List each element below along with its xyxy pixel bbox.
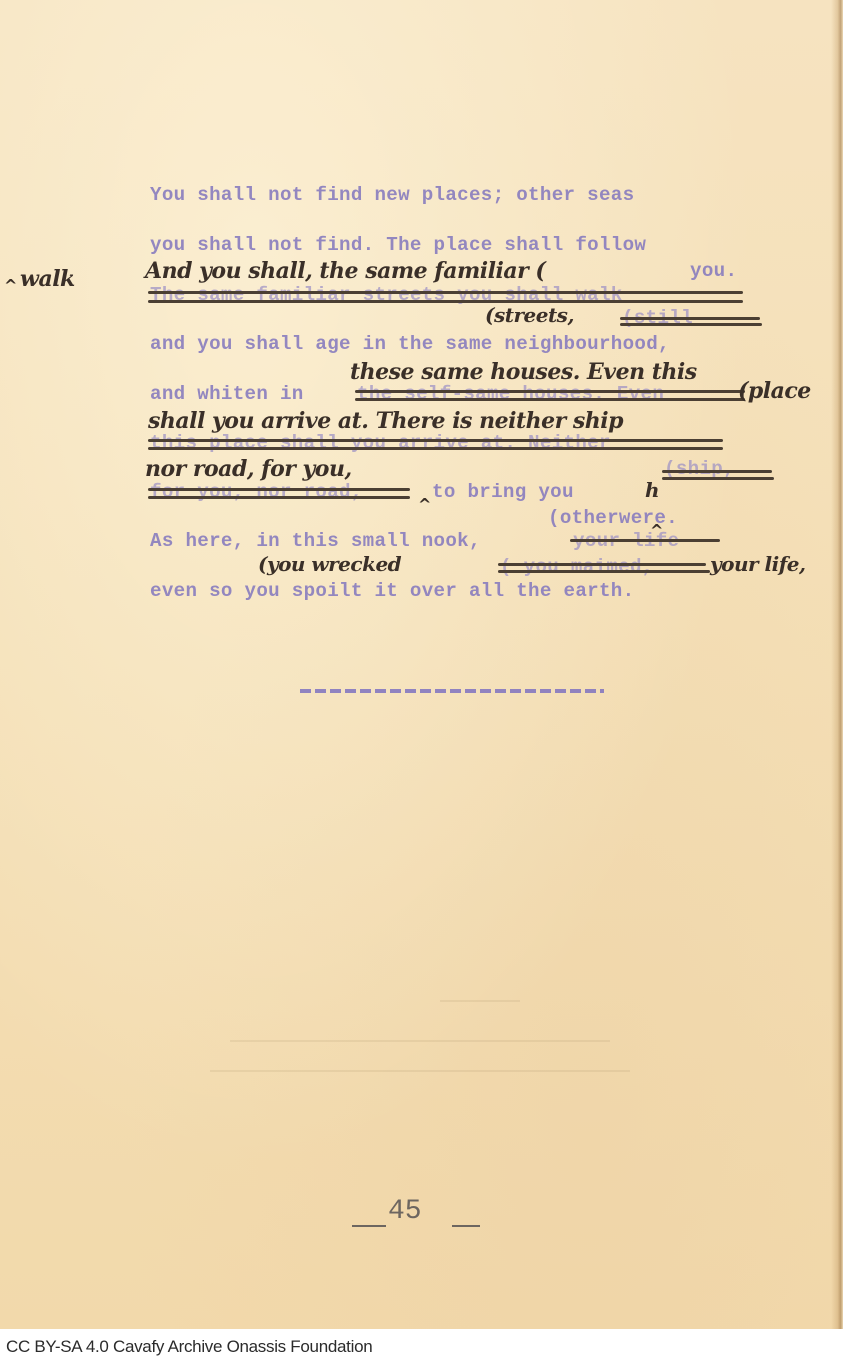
struck-self-same-houses: the self-same houses. Even xyxy=(357,383,664,405)
strike-through xyxy=(662,470,772,473)
strike-through xyxy=(148,488,410,491)
handwritten-arrive: shall you arrive at. There is neither sh… xyxy=(148,408,623,434)
strike-through xyxy=(570,539,720,542)
handwritten-h-correction: h xyxy=(645,478,659,502)
strike-through xyxy=(498,563,706,566)
strike-through xyxy=(148,439,723,442)
page-edge-shadow xyxy=(831,0,843,1329)
strike-through xyxy=(355,390,745,393)
typed-line-1: You shall not find new places; other sea… xyxy=(150,184,634,206)
strike-through xyxy=(662,477,774,480)
struck-for-you-nor-road: for you, nor road, xyxy=(150,481,363,503)
manuscript-page: ^ walk You shall not find new places; ot… xyxy=(0,0,843,1329)
insertion-caret-icon: ^ xyxy=(418,495,431,514)
page-number: 45 xyxy=(388,1196,422,1227)
strike-through xyxy=(620,317,760,320)
typed-line-whiten: and whiten in xyxy=(150,383,304,405)
typed-separator-rule xyxy=(300,689,604,693)
typed-line-2: you shall not find. The place shall foll… xyxy=(150,234,646,256)
license-credit: CC BY-SA 4.0 Cavafy Archive Onassis Foun… xyxy=(6,1337,372,1357)
handwritten-your-life: your life, xyxy=(710,552,806,576)
strike-through xyxy=(148,300,743,303)
strike-through xyxy=(355,398,745,401)
strike-through xyxy=(148,447,723,450)
strike-through xyxy=(620,323,762,326)
handwritten-houses: these same houses. Even this xyxy=(350,359,697,385)
page-number-dash-left xyxy=(352,1225,386,1227)
show-through-mark xyxy=(230,1040,610,1042)
struck-this-place: this place shall you arrive at. Neither xyxy=(150,432,611,454)
margin-note: walk xyxy=(20,266,75,292)
typed-to-bring-you: to bring you xyxy=(432,481,574,503)
strike-through xyxy=(148,496,410,499)
typed-you: you. xyxy=(690,260,737,282)
typed-line-nook: As here, in this small nook, xyxy=(150,530,481,552)
show-through-mark xyxy=(440,1000,520,1002)
handwritten-you-wrecked: (you wrecked xyxy=(258,552,401,576)
insertion-caret-icon: ^ xyxy=(4,276,17,295)
typed-line-neighbourhood: and you shall age in the same neighbourh… xyxy=(150,333,670,355)
handwritten-place: (place xyxy=(738,378,811,404)
strike-through xyxy=(498,570,710,573)
show-through-mark xyxy=(210,1070,630,1072)
page-number-dash-right xyxy=(452,1225,480,1227)
struck-you-maimed: ( you maimed, xyxy=(500,556,654,578)
typed-line-earth: even so you spoilt it over all the earth… xyxy=(150,580,634,602)
handwritten-streets: (streets, xyxy=(485,303,574,327)
handwritten-insert-line-3: And you shall, the same familiar ( xyxy=(145,258,545,284)
strike-through xyxy=(148,291,743,294)
handwritten-nor-road: nor road, for you, xyxy=(145,456,352,482)
